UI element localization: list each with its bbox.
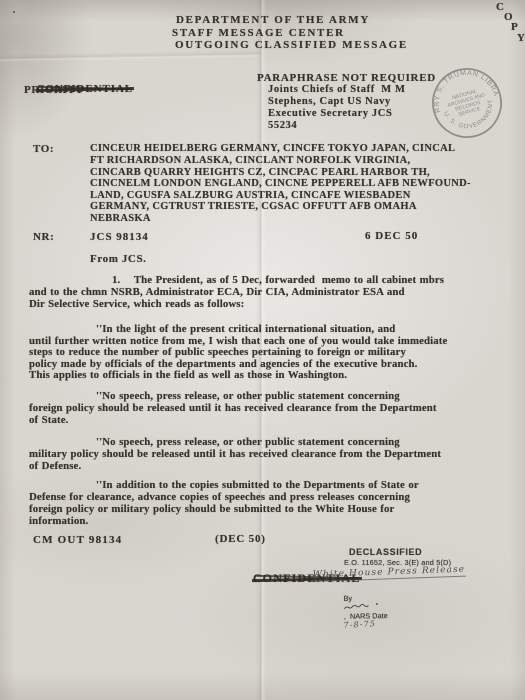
by-label: By — [343, 594, 352, 603]
to-addressees-line: NEBRASKA — [90, 213, 151, 224]
to-addressees-line: GERMANY, CGTRUST TRIESTE, CGSAC OFFUTT A… — [90, 201, 417, 212]
declassified-stamp-title: DECLASSIFIED — [349, 547, 422, 557]
archives-round-stamp: HARRY S. TRUMAN LIBRARY U. S. GOVERNMENT… — [421, 55, 514, 150]
message-date: 6 DEC 50 — [365, 230, 418, 242]
signature-scribble — [344, 602, 370, 611]
header-line-office: STAFF MESSAGE CENTER — [172, 27, 345, 39]
message-number: JCS 98134 — [90, 231, 149, 243]
paragraph-1-line: 1. The President, as of 5 Dec, forwarded… — [112, 274, 444, 286]
paragraph-1-line: and to the chmn NSRB, Administrator ECA,… — [29, 286, 405, 298]
to-addressees-line: FT RICHARDSON ALASKA, CINCLANT NORFOLK V… — [90, 155, 410, 166]
handwritten-date: 7-8-75 — [344, 619, 377, 631]
paragraph-5-line: information. — [29, 515, 88, 527]
to-addressees-line: LAND, CGUSFA SALZBURG AUSTRIA, CINCAFE W… — [90, 190, 411, 201]
paragraph-3-line: ''No speech, press release, or other pub… — [96, 390, 400, 402]
paragraph-4-line: of Defense. — [29, 460, 81, 472]
paraphrase-line: Executive Secretary JCS — [268, 108, 392, 119]
paraphrase-line: PARAPHRASE NOT REQUIRED — [257, 72, 436, 84]
to-addressees-line: CINCEUR HEIDELBERG GERMANY, CINCFE TOKYO… — [90, 143, 455, 154]
to-addressees-line: CINCARB QUARRY HEIGHTS CZ, CINCPAC PEARL… — [90, 167, 430, 178]
paragraph-5-line: ''In addition to the copies submitted to… — [96, 479, 419, 491]
document-page: DEPARTMENT OF THE ARMY STAFF MESSAGE CEN… — [0, 0, 525, 700]
copy-mark-letter: C — [496, 1, 504, 13]
paragraph-3-line: foreign policy should be released until … — [29, 402, 437, 414]
copy-mark-letter: Y — [517, 32, 525, 44]
paragraph-2-line: This applies to officials in the field a… — [29, 369, 347, 381]
paragraph-2-line: ''In the light of the present critical i… — [96, 323, 395, 335]
paragraph-3-line: of State. — [29, 414, 68, 426]
paragraph-2-line: steps to reduce the number of public spe… — [29, 346, 406, 358]
paraphrase-line: Joints Chiefs of Staff M M — [268, 84, 406, 95]
paragraph-5-line: foreign policy or military policy should… — [29, 503, 394, 515]
paragraph-4-line: ''No speech, press release, or other pub… — [96, 436, 400, 448]
cm-out-number: CM OUT 98134 — [33, 534, 122, 546]
release-date-paren: (DEC 50) — [215, 533, 266, 545]
paragraph-4-line: military policy should be released until… — [29, 448, 441, 460]
to-addressees-line: CINCNELM LONDON ENGLAND, CINCNE PEPPEREL… — [90, 178, 471, 189]
paragraph-5-line: Defense for clearance, advance copies of… — [29, 491, 410, 503]
to-label: TO: — [33, 143, 54, 155]
nr-label: NR: — [33, 231, 54, 243]
paragraph-1-line: Dir Selective Service, which reads as fo… — [29, 298, 244, 310]
header-line-agency: DEPARTMENT OF THE ARMY — [176, 14, 370, 26]
horizontal-crease — [0, 50, 260, 63]
from-line: From JCS. — [90, 253, 147, 265]
paraphrase-line: 55234 — [268, 120, 297, 131]
header-line-type: OUTGOING CLASSIFIED MESSAGE — [175, 39, 408, 51]
priority-label: PRIORITY — [24, 84, 84, 96]
paraphrase-line: Stephens, Capt US Navy — [268, 96, 391, 107]
paper-speck — [13, 11, 15, 13]
